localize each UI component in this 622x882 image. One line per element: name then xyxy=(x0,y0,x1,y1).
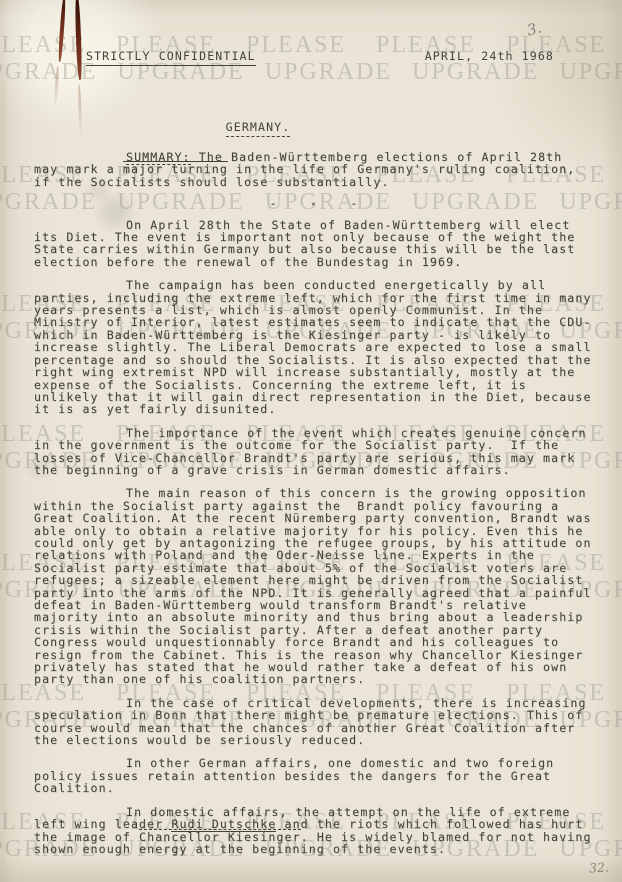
document-title: GERMANY. xyxy=(226,120,291,137)
body-text: The campaign has been conducted energeti… xyxy=(34,278,600,416)
paragraph: The campaign has been conducted energeti… xyxy=(34,279,594,415)
document-page: PLEASEPLEASEPLEASEPLEASEPLEASEPLEASEUPGR… xyxy=(0,0,622,882)
body-text: The importance of the event which create… xyxy=(34,426,595,477)
separator-dashes: - - - xyxy=(34,197,594,209)
paragraph: The importance of the event which create… xyxy=(34,427,594,477)
body-text: The main reason of this concern is the g… xyxy=(34,486,600,686)
paragraph: In the case of critical developments, th… xyxy=(34,697,594,747)
document-header: STRICTLY CONFIDENTIAL APRIL, 24th 1968 xyxy=(34,49,594,66)
classification-label: STRICTLY CONFIDENTIAL xyxy=(86,49,256,66)
paragraph: In domestic affairs, the attempt on the … xyxy=(34,806,594,856)
body-text: - - - xyxy=(270,196,359,210)
document-body: SUMMARY: The Baden-Württemberg elections… xyxy=(34,151,594,855)
body-text: On April 28th the State of Baden-Württem… xyxy=(34,218,583,269)
paragraph: The main reason of this concern is the g… xyxy=(34,487,594,686)
paragraph: In other German affairs, one domestic an… xyxy=(34,757,594,794)
handwritten-page-number-bottom: 32. xyxy=(589,859,610,875)
paragraph: On April 28th the State of Baden-Württem… xyxy=(34,219,594,269)
summary-paragraph: SUMMARY: The Baden-Württemberg elections… xyxy=(34,151,594,188)
body-text: In the case of critical developments, th… xyxy=(34,696,595,747)
document-date: APRIL, 24th 1968 xyxy=(425,49,554,63)
document-content: STRICTLY CONFIDENTIAL APRIL, 24th 1968 G… xyxy=(34,0,594,866)
body-text: In other German affairs, one domestic an… xyxy=(34,756,562,795)
